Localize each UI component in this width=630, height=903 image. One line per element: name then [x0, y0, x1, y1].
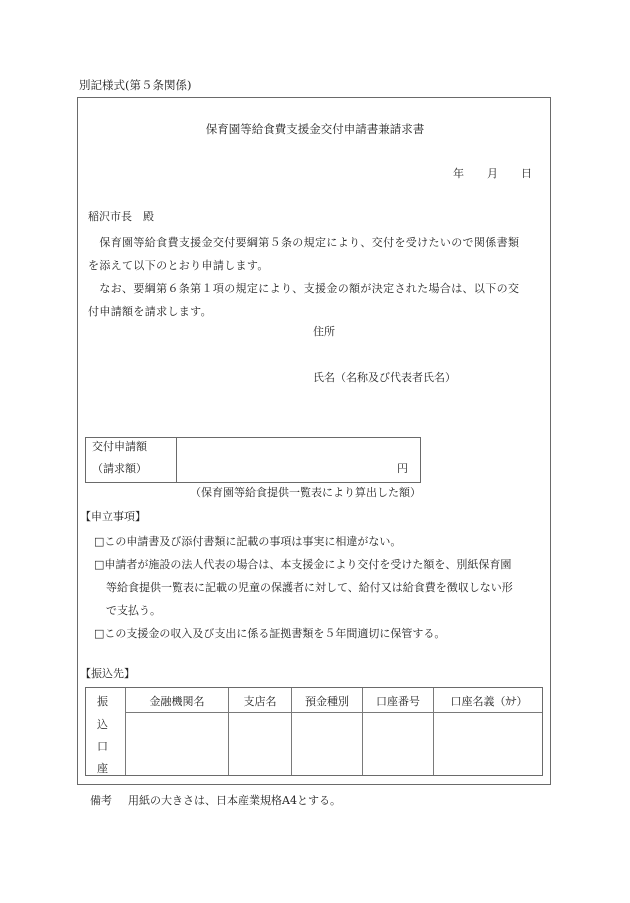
body-paragraph-line: なお、要綱第６条第１項の規定により、支援金の額が決定された場合は、以下の交	[88, 283, 519, 294]
address-field[interactable]: 住所	[313, 326, 335, 337]
remark-label: 備考	[90, 795, 112, 806]
column-header-bank-name: 金融機関名	[126, 693, 228, 709]
transfer-heading: 【振込先】	[80, 668, 135, 679]
account-type-cell[interactable]	[292, 713, 362, 776]
checkbox[interactable]: □	[94, 558, 104, 571]
checkbox[interactable]: □	[94, 627, 104, 640]
account-number-cell[interactable]	[363, 713, 433, 776]
declaration-text: この申請書及び添付書類に記載の事項は事実に相違がない。	[104, 535, 401, 548]
checkbox[interactable]: □	[94, 535, 104, 548]
date-day[interactable]: 日	[521, 168, 532, 179]
form-label: 別記様式(第５条関係)	[79, 80, 191, 92]
row-label-char: 込	[97, 716, 108, 732]
amount-label: 交付申請額	[92, 441, 147, 452]
column-header-account-number: 口座番号	[363, 693, 433, 709]
declaration-item-1: □この申請書及び添付書類に記載の事項は事実に相違がない。	[94, 536, 401, 547]
amount-divider	[176, 438, 177, 482]
body-paragraph-line: を添えて以下のとおり申請します。	[88, 260, 269, 271]
column-header-account-type: 預金種別	[292, 693, 362, 709]
declaration-text: この支援金の収入及び支出に係る証拠書類を５年間適切に保管する。	[104, 627, 445, 640]
account-holder-cell[interactable]	[434, 713, 543, 776]
declaration-text: 申請者が施設の法人代表の場合は、本支援金により交付を受けた額を、別紙保育園	[104, 558, 511, 571]
row-label-char: 座	[97, 760, 108, 776]
declaration-item-3: □この支援金の収入及び支出に係る証拠書類を５年間適切に保管する。	[94, 628, 445, 639]
document-title: 保育園等給食費支援金交付申請書兼請求書	[0, 124, 630, 136]
amount-note: （保育園等給食提供一覧表により算出した額）	[190, 487, 421, 498]
yen-unit: 円	[397, 463, 408, 474]
declarations-heading: 【申立事項】	[80, 511, 146, 522]
date-month[interactable]: 月	[487, 168, 498, 179]
amount-input[interactable]	[180, 450, 380, 470]
date-year[interactable]: 年	[453, 168, 464, 179]
bank-name-cell[interactable]	[126, 713, 228, 776]
row-label-char: 振	[97, 693, 108, 709]
amount-sublabel: （請求額）	[92, 463, 147, 474]
declaration-text-cont: で支払う。	[106, 605, 161, 616]
addressee: 稲沢市長 殿	[88, 211, 154, 222]
declaration-item-2: □申請者が施設の法人代表の場合は、本支援金により交付を受けた額を、別紙保育園	[94, 559, 511, 570]
declaration-text-cont: 等給食提供一覧表に記載の児童の保護者に対して、給付又は給食費を徴収しない形	[106, 582, 513, 593]
column-header-branch: 支店名	[229, 693, 291, 709]
remark-text: 用紙の大きさは、日本産業規格A4とする。	[128, 795, 341, 806]
name-field[interactable]: 氏名（名称及び代表者氏名）	[313, 372, 456, 383]
body-paragraph-line: 保育園等給食費支援金交付要綱第５条の規定により、交付を受けたいので関係書類	[88, 237, 519, 248]
bank-account-table: 振 込 口 座 金融機関名 支店名 預金種別 口座番号 口座名義（ｶﾅ）	[85, 687, 543, 776]
branch-cell[interactable]	[229, 713, 291, 776]
column-header-account-holder: 口座名義（ｶﾅ）	[434, 693, 544, 709]
body-paragraph-line: 付申請額を請求します。	[88, 306, 212, 317]
row-label-char: 口	[97, 738, 108, 754]
